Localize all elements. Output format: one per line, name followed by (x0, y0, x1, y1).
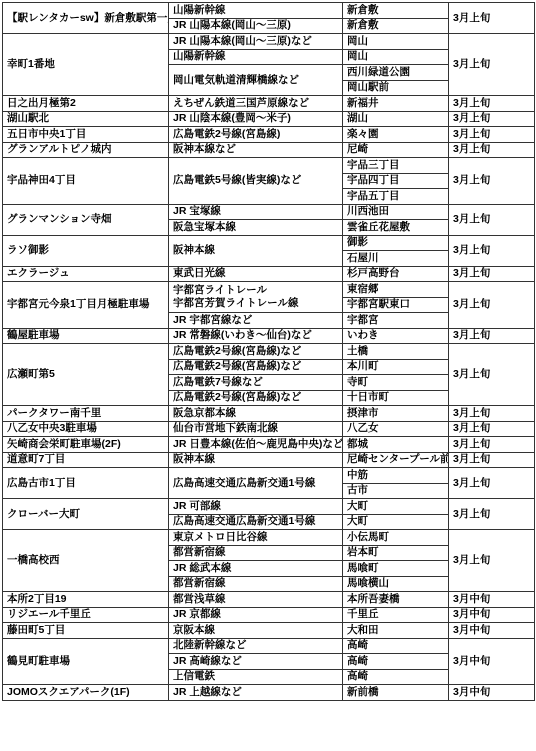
start-date-cell: 3月上旬 (449, 235, 535, 266)
rail-line-cell: 阪神本線 (169, 452, 343, 468)
rail-line-cell: 広島電鉄2号線(宮島線) (169, 127, 343, 143)
rail-line-cell: JR 山陽本線(岡山～三原) (169, 18, 343, 34)
rail-line-cell: 岡山電気軌道清輝橋線など (169, 65, 343, 96)
table-row: 宇品神田4丁目広島電鉄5号線(皆実線)など宇品三丁目3月上旬 (3, 158, 535, 174)
start-date-cell: 3月上旬 (449, 111, 535, 127)
start-date-cell: 3月上旬 (449, 127, 535, 143)
rail-line-cell: JR 山陽本線(岡山～三原)など (169, 34, 343, 50)
rail-line-cell: 広島高速交通広島新交通1号線 (169, 514, 343, 530)
station-cell: 大和田 (343, 623, 449, 639)
rail-line-cell: 仙台市営地下鉄南北線 (169, 421, 343, 437)
station-cell: 東宿郷 (343, 282, 449, 298)
table-row: 幸町1番地JR 山陽本線(岡山～三原)など岡山3月上旬 (3, 34, 535, 50)
facility-name-cell: グランマンション寺畑 (3, 204, 169, 235)
rail-line-cell: 阪神本線 (169, 235, 343, 266)
rail-line-cell: 広島電鉄2号線(宮島線)など (169, 359, 343, 375)
facility-name-cell: 【駅レンタカーsw】新倉敷駅第一月極 (3, 3, 169, 34)
station-cell: 大町 (343, 499, 449, 515)
table-row: 八乙女中央3駐車場仙台市営地下鉄南北線八乙女3月上旬 (3, 421, 535, 437)
table-row: 鶴見町駐車場北陸新幹線など高崎3月中旬 (3, 638, 535, 654)
station-cell: 古市 (343, 483, 449, 499)
rail-line-cell: 広島電鉄2号線(宮島線)など (169, 344, 343, 360)
start-date-cell: 3月中旬 (449, 638, 535, 685)
table-row: 鶴屋駐車場JR 常磐線(いわき～仙台)などいわき3月上旬 (3, 328, 535, 344)
table-row: 広島古市1丁目広島高速交通広島新交通1号線中筋3月上旬 (3, 468, 535, 484)
station-cell: 新福井 (343, 96, 449, 112)
station-cell: 石屋川 (343, 251, 449, 267)
table-row: 五日市中央1丁目広島電鉄2号線(宮島線)楽々園3月上旬 (3, 127, 535, 143)
station-cell: 新前橋 (343, 685, 449, 701)
station-cell: 小伝馬町 (343, 530, 449, 546)
station-cell: 十日市町 (343, 390, 449, 406)
station-cell: 雲雀丘花屋敷 (343, 220, 449, 236)
station-cell: 宇品四丁目 (343, 173, 449, 189)
facility-name-cell: 八乙女中央3駐車場 (3, 421, 169, 437)
rail-line-cell: JR 京都線 (169, 607, 343, 623)
table-row: 道意町7丁目阪神本線尼崎センタープール前3月上旬 (3, 452, 535, 468)
rail-line-cell: えちぜん鉄道三国芦原線など (169, 96, 343, 112)
facility-name-cell: 矢崎商会栄町駐車場(2F) (3, 437, 169, 453)
rail-line-cell: 北陸新幹線など (169, 638, 343, 654)
start-date-cell: 3月上旬 (449, 142, 535, 158)
start-date-cell: 3月中旬 (449, 623, 535, 639)
facility-name-cell: 本所2丁目19 (3, 592, 169, 608)
station-cell: 御影 (343, 235, 449, 251)
rail-line-cell: 京阪本線 (169, 623, 343, 639)
facility-name-cell: 宇品神田4丁目 (3, 158, 169, 205)
table-row: 【駅レンタカーsw】新倉敷駅第一月極山陽新幹線新倉敷3月上旬 (3, 3, 535, 19)
facility-name-cell: 湖山駅北 (3, 111, 169, 127)
start-date-cell: 3月上旬 (449, 204, 535, 235)
station-cell: 馬喰町 (343, 561, 449, 577)
rail-line-cell: 阪急京都本線 (169, 406, 343, 422)
station-cell: 宇品五丁目 (343, 189, 449, 205)
station-cell: 岡山駅前 (343, 80, 449, 96)
table-row: クローバー大町JR 可部線大町3月上旬 (3, 499, 535, 515)
facility-name-cell: パークタワー南千里 (3, 406, 169, 422)
monthly-parking-table: 【駅レンタカーsw】新倉敷駅第一月極山陽新幹線新倉敷3月上旬JR 山陽本線(岡山… (2, 2, 535, 701)
start-date-cell: 3月上旬 (449, 452, 535, 468)
station-cell: 宇品三丁目 (343, 158, 449, 174)
rail-line-cell: 山陽新幹線 (169, 49, 343, 65)
facility-name-cell: 道意町7丁目 (3, 452, 169, 468)
station-cell: 岡山 (343, 49, 449, 65)
rail-line-cell: JR 高崎線など (169, 654, 343, 670)
table-row: 宇都宮元今泉1丁目月極駐車場宇都宮ライトレール 宇都宮芳賀ライトレール線東宿郷3… (3, 282, 535, 298)
table-row: 広瀬町第5広島電鉄2号線(宮島線)など土橋3月上旬 (3, 344, 535, 360)
start-date-cell: 3月中旬 (449, 592, 535, 608)
station-cell: 摂津市 (343, 406, 449, 422)
rail-line-cell: 上信電鉄 (169, 669, 343, 685)
rail-line-cell: 東京メトロ日比谷線 (169, 530, 343, 546)
start-date-cell: 3月上旬 (449, 468, 535, 499)
facility-name-cell: 一橋高校西 (3, 530, 169, 592)
start-date-cell: 3月上旬 (449, 530, 535, 592)
table-row: JOMOスクエアパーク(1F)JR 上越線など新前橋3月中旬 (3, 685, 535, 701)
parking-table-body: 【駅レンタカーsw】新倉敷駅第一月極山陽新幹線新倉敷3月上旬JR 山陽本線(岡山… (3, 3, 535, 701)
facility-name-cell: 宇都宮元今泉1丁目月極駐車場 (3, 282, 169, 329)
start-date-cell: 3月上旬 (449, 34, 535, 96)
station-cell: 宇都宮 (343, 313, 449, 329)
rail-line-cell: 都営新宿線 (169, 545, 343, 561)
station-cell: 尼崎 (343, 142, 449, 158)
facility-name-cell: 日之出月極第2 (3, 96, 169, 112)
table-row: ラソ御影阪神本線御影3月上旬 (3, 235, 535, 251)
start-date-cell: 3月上旬 (449, 266, 535, 282)
facility-name-cell: 広瀬町第5 (3, 344, 169, 406)
rail-line-cell: JR 総武本線 (169, 561, 343, 577)
facility-name-cell: グランアルトピノ城内 (3, 142, 169, 158)
station-cell: 新倉敷 (343, 3, 449, 19)
table-row: グランマンション寺畑JR 宝塚線川西池田3月上旬 (3, 204, 535, 220)
station-cell: 大町 (343, 514, 449, 530)
rail-line-cell: 宇都宮ライトレール 宇都宮芳賀ライトレール線 (169, 282, 343, 313)
rail-line-cell: 阪急宝塚本線 (169, 220, 343, 236)
table-row: 本所2丁目19都営浅草線本所吾妻橋3月中旬 (3, 592, 535, 608)
rail-line-cell: 山陽新幹線 (169, 3, 343, 19)
station-cell: 宇都宮駅東口 (343, 297, 449, 313)
station-cell: 高崎 (343, 669, 449, 685)
station-cell: 本川町 (343, 359, 449, 375)
station-cell: 高崎 (343, 654, 449, 670)
table-row: グランアルトピノ城内阪神本線など尼崎3月上旬 (3, 142, 535, 158)
station-cell: 八乙女 (343, 421, 449, 437)
rail-line-cell: 阪神本線など (169, 142, 343, 158)
table-row: 一橋高校西東京メトロ日比谷線小伝馬町3月上旬 (3, 530, 535, 546)
table-row: 藤田町5丁目京阪本線大和田3月中旬 (3, 623, 535, 639)
station-cell: 都城 (343, 437, 449, 453)
station-cell: 馬喰横山 (343, 576, 449, 592)
station-cell: 楽々園 (343, 127, 449, 143)
start-date-cell: 3月上旬 (449, 406, 535, 422)
start-date-cell: 3月上旬 (449, 96, 535, 112)
facility-name-cell: エクラージュ (3, 266, 169, 282)
table-row: 矢崎商会栄町駐車場(2F)JR 日豊本線(佐伯～鹿児島中央)など都城3月上旬 (3, 437, 535, 453)
facility-name-cell: 広島古市1丁目 (3, 468, 169, 499)
station-cell: 尼崎センタープール前 (343, 452, 449, 468)
station-cell: 岡山 (343, 34, 449, 50)
start-date-cell: 3月上旬 (449, 421, 535, 437)
table-row: リジエール千里丘JR 京都線千里丘3月中旬 (3, 607, 535, 623)
facility-name-cell: 幸町1番地 (3, 34, 169, 96)
rail-line-cell: JR 山陰本線(豊岡～米子) (169, 111, 343, 127)
rail-line-cell: JR 可部線 (169, 499, 343, 515)
facility-name-cell: JOMOスクエアパーク(1F) (3, 685, 169, 701)
rail-line-cell: JR 日豊本線(佐伯～鹿児島中央)など (169, 437, 343, 453)
start-date-cell: 3月上旬 (449, 437, 535, 453)
page: 【駅レンタカーsw】新倉敷駅第一月極山陽新幹線新倉敷3月上旬JR 山陽本線(岡山… (0, 0, 536, 751)
facility-name-cell: リジエール千里丘 (3, 607, 169, 623)
station-cell: 西川緑道公園 (343, 65, 449, 81)
station-cell: 新倉敷 (343, 18, 449, 34)
station-cell: 岩本町 (343, 545, 449, 561)
rail-line-cell: JR 宇都宮線など (169, 313, 343, 329)
rail-line-cell: 都営新宿線 (169, 576, 343, 592)
start-date-cell: 3月上旬 (449, 344, 535, 406)
rail-line-cell: 東武日光線 (169, 266, 343, 282)
rail-line-cell: 広島電鉄2号線(宮島線)など (169, 390, 343, 406)
station-cell: 千里丘 (343, 607, 449, 623)
rail-line-cell: 広島高速交通広島新交通1号線 (169, 468, 343, 499)
table-row: パークタワー南千里阪急京都本線摂津市3月上旬 (3, 406, 535, 422)
start-date-cell: 3月上旬 (449, 282, 535, 329)
station-cell: 高崎 (343, 638, 449, 654)
station-cell: 湖山 (343, 111, 449, 127)
facility-name-cell: クローバー大町 (3, 499, 169, 530)
rail-line-cell: 都営浅草線 (169, 592, 343, 608)
station-cell: 中筋 (343, 468, 449, 484)
rail-line-cell: JR 宝塚線 (169, 204, 343, 220)
station-cell: 土橋 (343, 344, 449, 360)
station-cell: いわき (343, 328, 449, 344)
facility-name-cell: 鶴見町駐車場 (3, 638, 169, 685)
facility-name-cell: ラソ御影 (3, 235, 169, 266)
facility-name-cell: 藤田町5丁目 (3, 623, 169, 639)
start-date-cell: 3月上旬 (449, 158, 535, 205)
table-row: 日之出月極第2えちぜん鉄道三国芦原線など新福井3月上旬 (3, 96, 535, 112)
table-row: エクラージュ東武日光線杉戸高野台3月上旬 (3, 266, 535, 282)
facility-name-cell: 鶴屋駐車場 (3, 328, 169, 344)
rail-line-cell: JR 上越線など (169, 685, 343, 701)
rail-line-cell: 広島電鉄7号線など (169, 375, 343, 391)
facility-name-cell: 五日市中央1丁目 (3, 127, 169, 143)
station-cell: 杉戸高野台 (343, 266, 449, 282)
station-cell: 川西池田 (343, 204, 449, 220)
start-date-cell: 3月中旬 (449, 685, 535, 701)
start-date-cell: 3月上旬 (449, 328, 535, 344)
start-date-cell: 3月上旬 (449, 499, 535, 530)
start-date-cell: 3月上旬 (449, 3, 535, 34)
table-row: 湖山駅北JR 山陰本線(豊岡～米子)湖山3月上旬 (3, 111, 535, 127)
station-cell: 寺町 (343, 375, 449, 391)
start-date-cell: 3月中旬 (449, 607, 535, 623)
rail-line-cell: JR 常磐線(いわき～仙台)など (169, 328, 343, 344)
rail-line-cell: 広島電鉄5号線(皆実線)など (169, 158, 343, 205)
station-cell: 本所吾妻橋 (343, 592, 449, 608)
